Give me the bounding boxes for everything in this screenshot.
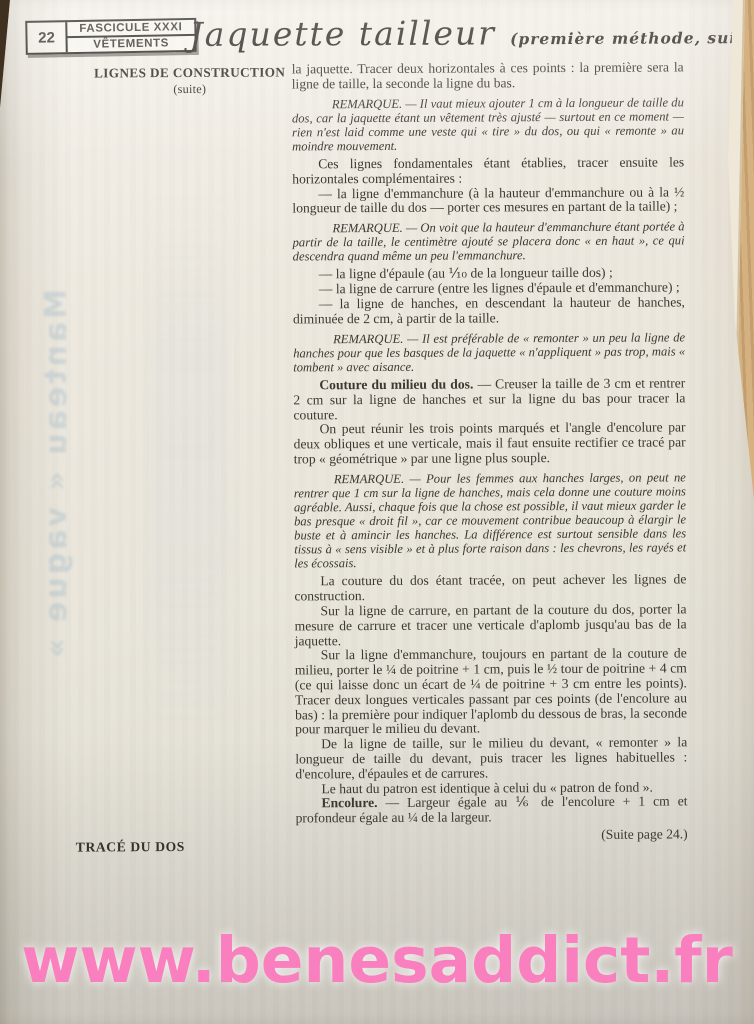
remark-paragraph-2: REMARQUE. — Il vaut mieux ajouter 1 cm à…: [292, 95, 684, 153]
body-paragraph-8: — la ligne de hanches, en descendant la …: [293, 295, 685, 327]
body-paragraph-13: La couture du dos étant tracée, on peut …: [294, 573, 686, 605]
body-paragraph-4: — la ligne d'emmanchure (à la hauteur d'…: [292, 185, 684, 217]
body-paragraph-19: (Suite page 24.): [296, 827, 688, 844]
fascicule-category: VÊTEMENTS: [68, 36, 195, 52]
body-paragraph-18: Encolure. — Largeur égale au ⅙ de l'enco…: [295, 795, 687, 827]
margin-heading-lignes-de-construction: LIGNES DE CONSTRUCTION (suite): [82, 64, 298, 97]
margin-heading-sub: (suite): [82, 81, 298, 97]
text-column: la jaquette. Tracer deux horizontales à …: [292, 60, 688, 844]
scanned-page-photo: Manteau « vague » 22 FASCICULE XXXI VÊTE…: [0, 0, 754, 1024]
body-paragraph-14: Sur la ligne de carrure, en partant de l…: [294, 602, 686, 648]
fascicule-box: 22 FASCICULE XXXI VÊTEMENTS: [25, 18, 197, 55]
margin-heading-label: LIGNES DE CONSTRUCTION: [94, 64, 285, 80]
body-paragraph-10: Couture du milieu du dos. — Creuser la t…: [293, 376, 685, 422]
article-title-block: Jaquette tailleur(première méthode, suit…: [189, 12, 729, 54]
page-title-suffix: (première méthode, suite): [510, 28, 754, 48]
paragraph-lead: Encolure.: [321, 795, 377, 810]
body-paragraph-1: la jaquette. Tracer deux horizontales à …: [292, 60, 684, 92]
page-number: 22: [27, 22, 68, 53]
watermark-url: www.benesaddict.fr: [0, 924, 754, 997]
remark-paragraph-12: REMARQUE. — Pour les femmes aux hanches …: [294, 470, 687, 571]
magazine-page: Manteau « vague » 22 FASCICULE XXXI VÊTE…: [0, 0, 754, 1024]
body-paragraph-15: Sur la ligne d'emmanchure, toujours en p…: [295, 647, 687, 738]
body-paragraph-16: De la ligne de taille, sur le milieu du …: [295, 735, 687, 781]
body-paragraph-3: Ces lignes fondamentales étant établies,…: [292, 155, 684, 187]
body-paragraph-11: On peut réunir les trois points marqués …: [294, 421, 686, 467]
paragraph-lead: Couture du milieu du dos.: [319, 376, 473, 392]
margin-heading-trace-du-dos: TRACÉ DU DOS: [76, 839, 185, 856]
remark-paragraph-5: REMARQUE. — On voit que la hauteur d'emm…: [292, 220, 684, 264]
remark-paragraph-9: REMARQUE. — Il est préférable de « remon…: [293, 330, 685, 374]
page-content: 22 FASCICULE XXXI VÊTEMENTS Jaquette tai…: [0, 0, 754, 1024]
page-title: Jaquette tailleur: [189, 13, 496, 54]
fascicule-labels: FASCICULE XXXI VÊTEMENTS: [67, 20, 194, 52]
